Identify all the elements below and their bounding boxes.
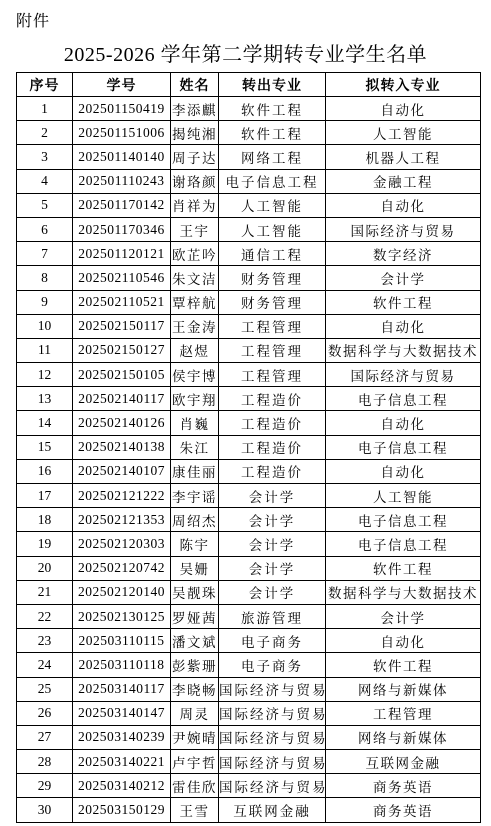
cell-seq: 19: [17, 532, 73, 556]
cell-to-major: 自动化: [326, 193, 481, 217]
table-row: 20202502120742吴姗会计学软件工程: [17, 556, 481, 580]
cell-student-id: 202502150105: [73, 363, 171, 387]
cell-student-id: 202503140212: [73, 774, 171, 798]
cell-from-major: 会计学: [219, 484, 326, 508]
cell-from-major: 会计学: [219, 508, 326, 532]
cell-from-major: 人工智能: [219, 193, 326, 217]
cell-to-major: 电子信息工程: [326, 435, 481, 459]
cell-to-major: 电子信息工程: [326, 508, 481, 532]
cell-student-id: 202502140138: [73, 435, 171, 459]
cell-to-major: 商务英语: [326, 774, 481, 798]
cell-seq: 28: [17, 750, 73, 774]
table-row: 22202502130125罗娅茜旅游管理会计学: [17, 604, 481, 628]
cell-to-major: 电子信息工程: [326, 387, 481, 411]
cell-to-major: 机器人工程: [326, 145, 481, 169]
cell-seq: 26: [17, 701, 73, 725]
cell-from-major: 工程管理: [219, 314, 326, 338]
cell-from-major: 电子商务: [219, 629, 326, 653]
cell-from-major: 国际经济与贸易: [219, 774, 326, 798]
table-row: 16202502140107康佳丽工程造价自动化: [17, 459, 481, 483]
cell-from-major: 工程造价: [219, 411, 326, 435]
cell-from-major: 软件工程: [219, 121, 326, 145]
attachment-label: 附件: [16, 8, 50, 31]
table-row: 4202501110243谢珞颜电子信息工程金融工程: [17, 169, 481, 193]
cell-name: 李添麒: [171, 97, 219, 121]
cell-name: 王雪: [171, 798, 219, 822]
column-header: 序号: [17, 73, 73, 97]
cell-to-major: 人工智能: [326, 121, 481, 145]
cell-from-major: 电子信息工程: [219, 169, 326, 193]
cell-seq: 5: [17, 193, 73, 217]
table-row: 8202502110546朱文洁财务管理会计学: [17, 266, 481, 290]
table-row: 13202502140117欧宇翔工程造价电子信息工程: [17, 387, 481, 411]
cell-to-major: 国际经济与贸易: [326, 217, 481, 241]
cell-to-major: 会计学: [326, 266, 481, 290]
cell-seq: 20: [17, 556, 73, 580]
cell-student-id: 202503140221: [73, 750, 171, 774]
cell-name: 朱江: [171, 435, 219, 459]
cell-to-major: 网络与新媒体: [326, 725, 481, 749]
column-header: 转出专业: [219, 73, 326, 97]
cell-seq: 24: [17, 653, 73, 677]
cell-student-id: 202501110243: [73, 169, 171, 193]
cell-seq: 30: [17, 798, 73, 822]
cell-student-id: 202502140107: [73, 459, 171, 483]
cell-to-major: 自动化: [326, 459, 481, 483]
cell-name: 周灵: [171, 701, 219, 725]
cell-to-major: 商务英语: [326, 798, 481, 822]
cell-seq: 17: [17, 484, 73, 508]
cell-seq: 15: [17, 435, 73, 459]
cell-name: 康佳丽: [171, 459, 219, 483]
cell-seq: 18: [17, 508, 73, 532]
table-row: 3202501140140周子达网络工程机器人工程: [17, 145, 481, 169]
table-row: 23202503110115潘文斌电子商务自动化: [17, 629, 481, 653]
cell-student-id: 202502120742: [73, 556, 171, 580]
cell-name: 赵煜: [171, 338, 219, 362]
cell-from-major: 互联网金融: [219, 798, 326, 822]
cell-name: 欧宇翔: [171, 387, 219, 411]
table-header-row: 序号学号姓名转出专业拟转入专业: [17, 73, 481, 97]
cell-name: 彭紫珊: [171, 653, 219, 677]
cell-from-major: 电子商务: [219, 653, 326, 677]
cell-name: 罗娅茜: [171, 604, 219, 628]
cell-name: 朱文洁: [171, 266, 219, 290]
cell-seq: 23: [17, 629, 73, 653]
cell-name: 卢宇哲: [171, 750, 219, 774]
cell-from-major: 工程造价: [219, 435, 326, 459]
cell-to-major: 会计学: [326, 604, 481, 628]
cell-name: 王宇: [171, 217, 219, 241]
cell-to-major: 数据科学与大数据技术: [326, 580, 481, 604]
cell-to-major: 国际经济与贸易: [326, 363, 481, 387]
cell-from-major: 旅游管理: [219, 604, 326, 628]
cell-seq: 9: [17, 290, 73, 314]
cell-from-major: 国际经济与贸易: [219, 701, 326, 725]
table-row: 19202502120303陈宇会计学电子信息工程: [17, 532, 481, 556]
cell-name: 王金涛: [171, 314, 219, 338]
cell-from-major: 国际经济与贸易: [219, 677, 326, 701]
table-row: 30202503150129王雪互联网金融商务英语: [17, 798, 481, 822]
cell-seq: 8: [17, 266, 73, 290]
cell-from-major: 工程管理: [219, 363, 326, 387]
cell-student-id: 202502120140: [73, 580, 171, 604]
table-row: 11202502150127赵煜工程管理数据科学与大数据技术: [17, 338, 481, 362]
cell-student-id: 202501150419: [73, 97, 171, 121]
table-row: 26202503140147周灵国际经济与贸易工程管理: [17, 701, 481, 725]
cell-student-id: 202502110546: [73, 266, 171, 290]
cell-name: 吴姗: [171, 556, 219, 580]
cell-to-major: 软件工程: [326, 653, 481, 677]
cell-name: 尹婉晴: [171, 725, 219, 749]
column-header: 拟转入专业: [326, 73, 481, 97]
cell-seq: 21: [17, 580, 73, 604]
cell-student-id: 202502130125: [73, 604, 171, 628]
cell-seq: 1: [17, 97, 73, 121]
cell-from-major: 国际经济与贸易: [219, 725, 326, 749]
cell-seq: 6: [17, 217, 73, 241]
table-row: 15202502140138朱江工程造价电子信息工程: [17, 435, 481, 459]
cell-name: 雷佳欣: [171, 774, 219, 798]
table-row: 10202502150117王金涛工程管理自动化: [17, 314, 481, 338]
cell-student-id: 202502121353: [73, 508, 171, 532]
column-header: 学号: [73, 73, 171, 97]
cell-from-major: 会计学: [219, 556, 326, 580]
table-row: 24202503110118彭紫珊电子商务软件工程: [17, 653, 481, 677]
cell-to-major: 自动化: [326, 411, 481, 435]
cell-seq: 4: [17, 169, 73, 193]
cell-to-major: 人工智能: [326, 484, 481, 508]
cell-seq: 3: [17, 145, 73, 169]
cell-name: 周子达: [171, 145, 219, 169]
cell-to-major: 自动化: [326, 97, 481, 121]
cell-seq: 12: [17, 363, 73, 387]
cell-from-major: 财务管理: [219, 290, 326, 314]
cell-name: 潘文斌: [171, 629, 219, 653]
table-row: 27202503140239尹婉晴国际经济与贸易网络与新媒体: [17, 725, 481, 749]
transfer-students-table: 序号学号姓名转出专业拟转入专业 1202501150419李添麒软件工程自动化2…: [16, 72, 481, 823]
cell-student-id: 202502120303: [73, 532, 171, 556]
cell-seq: 11: [17, 338, 73, 362]
cell-from-major: 财务管理: [219, 266, 326, 290]
table-row: 6202501170346王宇人工智能国际经济与贸易: [17, 217, 481, 241]
cell-to-major: 自动化: [326, 314, 481, 338]
cell-name: 肖巍: [171, 411, 219, 435]
cell-from-major: 会计学: [219, 532, 326, 556]
table-row: 28202503140221卢宇哲国际经济与贸易互联网金融: [17, 750, 481, 774]
cell-seq: 27: [17, 725, 73, 749]
cell-name: 周绍杰: [171, 508, 219, 532]
cell-from-major: 会计学: [219, 580, 326, 604]
cell-from-major: 工程造价: [219, 387, 326, 411]
cell-to-major: 电子信息工程: [326, 532, 481, 556]
cell-student-id: 202503140117: [73, 677, 171, 701]
cell-name: 肖祥为: [171, 193, 219, 217]
page-title: 2025-2026 学年第二学期转专业学生名单: [0, 38, 491, 67]
cell-to-major: 网络与新媒体: [326, 677, 481, 701]
cell-student-id: 202502121222: [73, 484, 171, 508]
table-row: 2202501151006揭纯湘软件工程人工智能: [17, 121, 481, 145]
cell-to-major: 软件工程: [326, 556, 481, 580]
table-row: 14202502140126肖巍工程造价自动化: [17, 411, 481, 435]
cell-name: 欧芷吟: [171, 242, 219, 266]
table-row: 25202503140117李晓畅国际经济与贸易网络与新媒体: [17, 677, 481, 701]
cell-seq: 25: [17, 677, 73, 701]
table-row: 7202501120121欧芷吟通信工程数字经济: [17, 242, 481, 266]
cell-seq: 29: [17, 774, 73, 798]
table-row: 1202501150419李添麒软件工程自动化: [17, 97, 481, 121]
cell-student-id: 202502150127: [73, 338, 171, 362]
cell-to-major: 软件工程: [326, 290, 481, 314]
table-row: 17202502121222李宇谣会计学人工智能: [17, 484, 481, 508]
cell-student-id: 202502140117: [73, 387, 171, 411]
cell-student-id: 202503140239: [73, 725, 171, 749]
cell-student-id: 202503110118: [73, 653, 171, 677]
cell-from-major: 工程造价: [219, 459, 326, 483]
cell-student-id: 202501140140: [73, 145, 171, 169]
cell-student-id: 202503110115: [73, 629, 171, 653]
cell-name: 李晓畅: [171, 677, 219, 701]
table-row: 9202502110521覃梓航财务管理软件工程: [17, 290, 481, 314]
cell-name: 谢珞颜: [171, 169, 219, 193]
table-row: 12202502150105侯宇博工程管理国际经济与贸易: [17, 363, 481, 387]
cell-seq: 16: [17, 459, 73, 483]
cell-student-id: 202503150129: [73, 798, 171, 822]
cell-to-major: 数字经济: [326, 242, 481, 266]
cell-from-major: 工程管理: [219, 338, 326, 362]
cell-seq: 13: [17, 387, 73, 411]
cell-seq: 10: [17, 314, 73, 338]
cell-from-major: 国际经济与贸易: [219, 750, 326, 774]
cell-student-id: 202502150117: [73, 314, 171, 338]
cell-from-major: 网络工程: [219, 145, 326, 169]
cell-seq: 7: [17, 242, 73, 266]
cell-to-major: 金融工程: [326, 169, 481, 193]
cell-name: 揭纯湘: [171, 121, 219, 145]
cell-from-major: 通信工程: [219, 242, 326, 266]
cell-student-id: 202502140126: [73, 411, 171, 435]
column-header: 姓名: [171, 73, 219, 97]
cell-to-major: 数据科学与大数据技术: [326, 338, 481, 362]
table-row: 18202502121353周绍杰会计学电子信息工程: [17, 508, 481, 532]
cell-name: 覃梓航: [171, 290, 219, 314]
table-row: 29202503140212雷佳欣国际经济与贸易商务英语: [17, 774, 481, 798]
cell-student-id: 202501151006: [73, 121, 171, 145]
cell-name: 吴靓珠: [171, 580, 219, 604]
document-page: 附件 2025-2026 学年第二学期转专业学生名单 序号学号姓名转出专业拟转入…: [0, 0, 491, 826]
table-row: 21202502120140吴靓珠会计学数据科学与大数据技术: [17, 580, 481, 604]
cell-seq: 14: [17, 411, 73, 435]
cell-name: 李宇谣: [171, 484, 219, 508]
cell-to-major: 自动化: [326, 629, 481, 653]
cell-student-id: 202501170346: [73, 217, 171, 241]
cell-from-major: 软件工程: [219, 97, 326, 121]
cell-name: 陈宇: [171, 532, 219, 556]
cell-student-id: 202501170142: [73, 193, 171, 217]
cell-name: 侯宇博: [171, 363, 219, 387]
cell-student-id: 202502110521: [73, 290, 171, 314]
table-body: 1202501150419李添麒软件工程自动化2202501151006揭纯湘软…: [17, 97, 481, 823]
cell-seq: 22: [17, 604, 73, 628]
cell-student-id: 202503140147: [73, 701, 171, 725]
cell-to-major: 互联网金融: [326, 750, 481, 774]
cell-from-major: 人工智能: [219, 217, 326, 241]
cell-to-major: 工程管理: [326, 701, 481, 725]
cell-seq: 2: [17, 121, 73, 145]
cell-student-id: 202501120121: [73, 242, 171, 266]
table-row: 5202501170142肖祥为人工智能自动化: [17, 193, 481, 217]
